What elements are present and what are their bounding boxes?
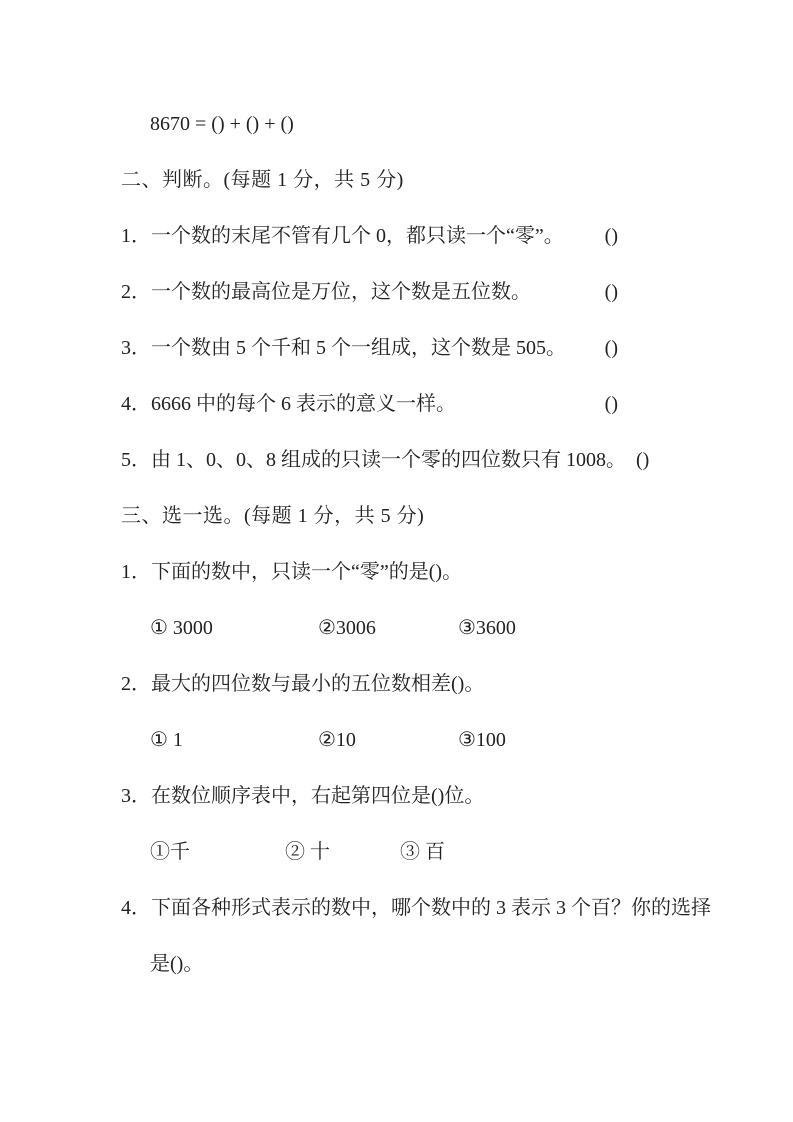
item-number: 2． bbox=[121, 672, 151, 696]
judge-item-3: 3． 一个数由 5 个千和 5 个一组成，这个数是 505。 () bbox=[121, 336, 618, 360]
judge-statement: 由 1、0、0、8 组成的只读一个零的四位数只有 1008。 bbox=[151, 448, 626, 472]
choice-question-4-line-2: 是()。 bbox=[121, 952, 721, 976]
answer-parentheses: () bbox=[595, 392, 618, 416]
choice-question-2: 2． 最大的四位数与最小的五位数相差()。 bbox=[121, 672, 721, 696]
section-choice-header: 三、选一选。(每题 1 分，共 5 分) bbox=[121, 504, 721, 528]
section-judge-header: 二、判断。(每题 1 分，共 5 分) bbox=[121, 168, 721, 192]
choice-question-4-line-1: 4． 下面各种形式表示的数中，哪个数中的 3 表示 3 个百？你的选择 bbox=[121, 896, 721, 920]
test-paper-page: 8670 = () + () + () 二、判断。(每题 1 分，共 5 分) … bbox=[0, 0, 793, 1122]
item-number: 2． bbox=[121, 280, 151, 304]
section-choice-title: 三、选一选。(每题 1 分，共 5 分) bbox=[121, 505, 424, 527]
answer-parentheses: () bbox=[626, 448, 649, 472]
judge-item-5: 5． 由 1、0、0、8 组成的只读一个零的四位数只有 1008。 () bbox=[121, 448, 618, 472]
item-number: 5． bbox=[121, 448, 151, 472]
choice-question-text: 在数位顺序表中，右起第四位是()位。 bbox=[151, 784, 484, 808]
choice-options-3: ①千 ② 十 ③ 百 bbox=[121, 840, 721, 864]
item-number: 1． bbox=[121, 224, 151, 248]
section-judge-title: 二、判断。(每题 1 分，共 5 分) bbox=[121, 169, 404, 191]
item-number: 3． bbox=[121, 336, 151, 360]
option-3: ③100 bbox=[458, 728, 721, 752]
choice-options-1: ① 3000 ②3006 ③3600 bbox=[121, 616, 721, 640]
judge-item-2: 2． 一个数的最高位是万位，这个数是五位数。 () bbox=[121, 280, 618, 304]
choice-question-text: 最大的四位数与最小的五位数相差()。 bbox=[151, 672, 484, 696]
item-number: 4． bbox=[121, 392, 151, 416]
answer-parentheses: () bbox=[595, 224, 618, 248]
page-content: 8670 = () + () + () 二、判断。(每题 1 分，共 5 分) … bbox=[121, 112, 721, 1008]
option-3: ③ 百 bbox=[400, 840, 721, 864]
equation-fill-in-line: 8670 = () + () + () bbox=[121, 112, 721, 136]
judge-statement: 一个数由 5 个千和 5 个一组成，这个数是 505。 bbox=[151, 336, 566, 360]
item-number: 4． bbox=[121, 896, 151, 920]
option-3: ③3600 bbox=[458, 616, 721, 640]
option-1: ①千 bbox=[150, 840, 285, 864]
option-2: ②3006 bbox=[318, 616, 458, 640]
judge-statement: 一个数的最高位是万位，这个数是五位数。 bbox=[151, 280, 531, 304]
option-1: ① 1 bbox=[150, 728, 318, 752]
option-1: ① 3000 bbox=[150, 616, 318, 640]
choice-question-text: 下面各种形式表示的数中，哪个数中的 3 表示 3 个百？你的选择 bbox=[151, 896, 711, 920]
answer-parentheses: () bbox=[595, 280, 618, 304]
item-number: 3． bbox=[121, 784, 151, 808]
choice-question-3: 3． 在数位顺序表中，右起第四位是()位。 bbox=[121, 784, 721, 808]
judge-item-4: 4． 6666 中的每个 6 表示的意义一样。 () bbox=[121, 392, 618, 416]
judge-item-1: 1． 一个数的末尾不管有几个 0，都只读一个“零”。 () bbox=[121, 224, 618, 248]
option-2: ② 十 bbox=[285, 840, 400, 864]
judge-statement: 6666 中的每个 6 表示的意义一样。 bbox=[151, 392, 456, 416]
item-number: 1． bbox=[121, 560, 151, 584]
choice-question-text-continued: 是()。 bbox=[150, 953, 203, 975]
equation-text: 8670 = () + () + () bbox=[150, 113, 294, 135]
choice-question-text: 下面的数中，只读一个“零”的是()。 bbox=[151, 560, 462, 584]
option-2: ②10 bbox=[318, 728, 458, 752]
judge-statement: 一个数的末尾不管有几个 0，都只读一个“零”。 bbox=[151, 224, 564, 248]
choice-question-1: 1． 下面的数中，只读一个“零”的是()。 bbox=[121, 560, 721, 584]
answer-parentheses: () bbox=[595, 336, 618, 360]
choice-options-2: ① 1 ②10 ③100 bbox=[121, 728, 721, 752]
